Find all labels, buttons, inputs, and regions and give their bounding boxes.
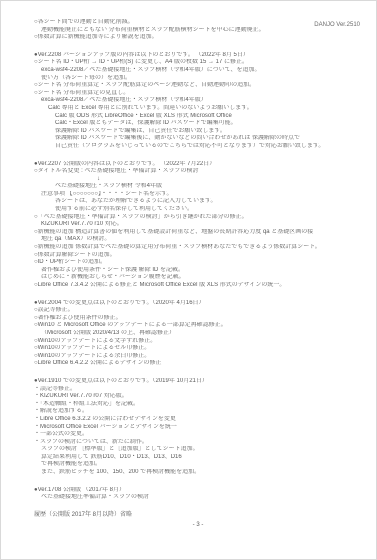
doc-line: で再検討機能を追加。 [34, 461, 362, 469]
changelog-section: ●Ver.2208 バージョンアップ版の内容は以下のとおりです。 （2022年 … [34, 52, 362, 151]
doc-line: ・「木造軸組・枠組工法対応」を記載。 [34, 401, 362, 409]
doc-line: ●Ver.2207 公開版の内容は以下のとおりです。 （2022年 7月22日） [34, 161, 362, 169]
doc-line: 算定結果利用して 鉄筋D10、D10・D13、D13、D16 [34, 454, 362, 462]
doc-line: ○タイトル名変更 : べた基礎接地圧・準備計算・スラブの検討 [34, 168, 362, 176]
doc-line: 保護解除 ID パスワードで編集後に、動かないなどの問い合わせがあれば 保護解除… [34, 135, 362, 143]
changelog-section: ●Ver.2207 公開版の内容は以下のとおりです。 （2022年 7月22日）… [34, 161, 362, 290]
doc-line: ・Microsoft Office Excel バージョンとデザインを統一 [34, 424, 362, 432]
doc-line: また、鉄筋ピッチを 100、150、200 で再検討機能を追加。 [34, 469, 362, 477]
doc-line: ○Win10 と Microsoft Office のアップデートによる一部算定… [34, 322, 362, 330]
doc-line: ・Libre Office 6.3.2.2 の公開に合わせデザインを変更 [34, 416, 362, 424]
doc-line: ○新機能の追加 構造計算書の値を利用して基礎設計荷重など、地盤の長期許容応力度 … [34, 229, 362, 237]
doc-line: ○Win10のアップデートによる文字ずれ修正。 [34, 338, 362, 346]
doc-line: ・スラブの検討については、新たに制作。 [34, 439, 362, 447]
doc-line: ●Ver.2208 バージョンアップ版の内容は以下のとおりです。 （2022年 … [34, 52, 362, 60]
doc-line: ・KIZUKURI Ver.7.70 r07 対応版。 [34, 393, 362, 401]
history-note: 履歴（公開版 2017年 8月以降）省略 [34, 512, 362, 520]
doc-line: ↓ [34, 176, 362, 184]
doc-line: ○ID・UP桁シートの追加。 [34, 259, 362, 267]
doc-line: ○Libre Office 6.4.2.2 公開によるデザインの修正 [34, 360, 362, 368]
changelog-section: ●Ver.1910 での変更点は以下のとおりです。（2019年 10月21日）・… [34, 378, 362, 477]
doc-line: 各シートは、あなたが理解できるように記入力しています。 [34, 198, 362, 206]
doc-line: ○著作権および使用条件の修正。 [34, 315, 362, 323]
doc-line: ●Ver.1708 公開版 （2017年 8月） [34, 487, 362, 495]
changelog-section: ●Ver.2004 での変更点は以下のとおりです。（2020年 4月16日）○誤… [34, 300, 362, 368]
doc-line: 使い方（各シート毎の）を追加。 [34, 75, 362, 83]
doc-line: ○シート名 ID・UP桁 → ID・UP桁(S) に変更し、A4 版の枚数 15… [34, 59, 362, 67]
document-page: DANJO Ver.2510 ○各シート間での連動と自動化削減。連動機能廃止にと… [0, 0, 377, 560]
doc-line: ○誤記等修正。 [34, 307, 362, 315]
doc-line: 連動機能廃止にともない 分布荷重横材とスラブ配筋横材シートを中心に連動廃止。 [34, 27, 362, 35]
doc-line: 著作権および使用条件・シート保護 解除 ID を記載。 [34, 267, 362, 275]
doc-line: ○シート名 分布荷重算定の見直し。 [34, 90, 362, 98]
page-number: - 3 - [34, 522, 362, 530]
doc-line: はじめに・新機能おしらせ・バージョン履歴を記載。 [34, 274, 362, 282]
doc-line: ・誤記等修正。 [34, 386, 362, 394]
doc-line: 注意事項 【○○○○○○○】・・・・シート名を示す。 [34, 191, 362, 199]
doc-line: べた基礎接地圧・スラブ横材 令和4年版 [34, 183, 362, 191]
doc-line: ・一部公式の変更。 [34, 431, 362, 439]
doc-line: ・解説を追加する。 [34, 408, 362, 416]
doc-line: ○新機能の追加 係数計算でべた基礎の算定用分布荷重・スラブ横材あなたでもできるよ… [34, 244, 362, 252]
doc-line: 自己責任（プログラムをいじっているのでこちらでは対応不可となります）で対応お願い… [34, 143, 362, 151]
doc-line: ○係数計算に新機能追加等により解説を追加。 [34, 34, 362, 42]
doc-line: Calc・Excel 版ともデータは、保護解除 ID パスワードで編集可能。 [34, 120, 362, 128]
changelog-section: ○各シート間での連動と自動化削減。連動機能廃止にともない 分布荷重横材とスラブ配… [34, 19, 362, 42]
doc-line: KIZUKURI Ver.7.70 r10 対応。 [34, 221, 362, 229]
changelog-section: ●Ver.1708 公開版 （2017年 8月）べた基礎接地圧準備計算・スラブの… [34, 487, 362, 502]
doc-line: （Microsoft 公開版 2020/4/13 の上、再確認修正） [34, 330, 362, 338]
doc-line: ○シート名 分布荷重算定・スラブ配筋算定のページ連動など、自動連動印の追加。 [34, 82, 362, 90]
doc-line: スラブの検討 ［標準版］と［追加版］としてシート追加。 [34, 446, 362, 454]
doc-line: 保護解除 ID パスワードで編集は、自己責任でお願い致します。 [34, 128, 362, 136]
doc-line: exca-wsf4-2208／べた基礎接地圧・スラブ横材（令和4年版）について、… [34, 67, 362, 75]
doc-line: ○各シート間での連動と自動化削減。 [34, 19, 362, 27]
doc-line: ○Win10のアップデートによる余白巾修正。 [34, 353, 362, 361]
doc-line: Calc 版 ODS 形式 LibreOffice・Excel 版 XLS 形式… [34, 113, 362, 121]
document-content: ○各シート間での連動と自動化削減。連動機能廃止にともない 分布荷重横材とスラブ配… [34, 19, 362, 530]
doc-line: ○係数計算解除シートの追加。 [34, 252, 362, 260]
doc-line: べた基礎接地圧準備計算・スラブの検討 [34, 494, 362, 502]
document-sections: ○各シート間での連動と自動化削減。連動機能廃止にともない 分布荷重横材とスラブ配… [34, 19, 362, 502]
doc-line: 地圧 qa（MAX）の検討。 [34, 236, 362, 244]
doc-line: ●Ver.2004 での変更点は以下のとおりです。（2020年 4月16日） [34, 300, 362, 308]
doc-line: ●Ver.1910 での変更点は以下のとおりです。（2019年 10月21日） [34, 378, 362, 386]
doc-line: exca-wsf4-2208／べた基礎接地圧・スラブ横材（令和4年版） [34, 97, 362, 105]
doc-line: ○Libre Office 7.3.4.2 公開による修正と Microsoft… [34, 282, 362, 290]
doc-line: 使用する前に必ず別名保存して利用してください。 [34, 206, 362, 214]
doc-line: ○Win10のアップデートによるセル巾修正。 [34, 345, 362, 353]
doc-line: ○「べた基礎接地圧・準備計算・スラブの検討」から引き継がれた部分の修正。 [34, 214, 362, 222]
doc-line: Calc 専用と Excel 専用とに別れています。間違いのないようお願いします… [34, 105, 362, 113]
